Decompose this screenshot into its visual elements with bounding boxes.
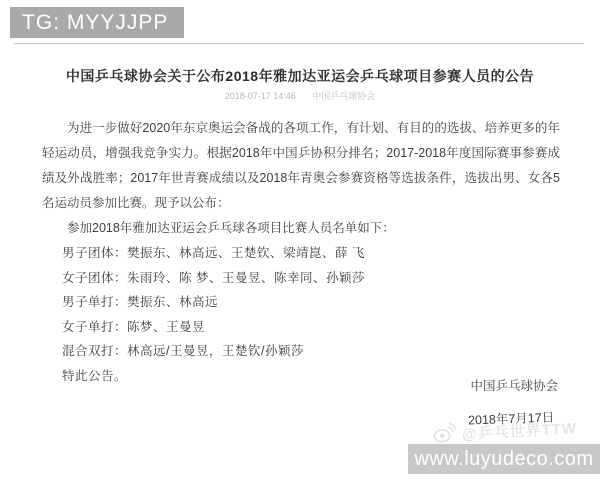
- doc-body: 为进一步做好2020年东京奥运会备战的各项工作，有计划、有目的的选拔、培养更多的…: [42, 116, 560, 388]
- roster-row-womens-singles: 女子单打：陈梦、王曼昱: [62, 315, 560, 340]
- doc-meta: 2018-07-17 14:46 中国乒乓球协会: [0, 89, 600, 102]
- publish-datetime: 2018-07-17 14:46: [225, 91, 296, 101]
- announcement-page: TG: MYYJJPP 中国乒乓球协会关于公布2018年雅加达亚运会乒乓球项目参…: [0, 0, 600, 480]
- intro-paragraph: 为进一步做好2020年东京奥运会备战的各项工作，有计划、有目的的选拔、培养更多的…: [42, 116, 560, 216]
- signature-org: 中国乒乓球协会: [468, 374, 558, 399]
- weibo-watermark-text: @乒乓世界TTW: [462, 417, 578, 444]
- roster-row-mens-team: 男子团体：樊振东、林高远、王楚钦、梁靖崑、薛 飞: [62, 241, 560, 266]
- top-divider: [14, 43, 584, 44]
- roster-row-mixed-doubles: 混合双打：林高远/王曼昱，王楚钦/孙颖莎: [62, 339, 560, 364]
- site-watermark-bar: www.luyudeco.com: [408, 444, 600, 474]
- roster-row-womens-team: 女子团体：朱雨玲、陈 梦、王曼昱、陈幸同、孙颖莎: [62, 266, 560, 291]
- page-title: 中国乒乓球协会关于公布2018年雅加达亚运会乒乓球项目参赛人员的公告: [55, 66, 545, 86]
- publish-source: 中国乒乓球协会: [312, 91, 375, 101]
- tg-tag-banner: TG: MYYJJPP: [10, 7, 184, 38]
- list-lead-paragraph: 参加2018年雅加达亚运会乒乓球各项目比赛人员名单如下：: [42, 216, 560, 241]
- roster-row-mens-singles: 男子单打：樊振东、林高远: [62, 290, 560, 315]
